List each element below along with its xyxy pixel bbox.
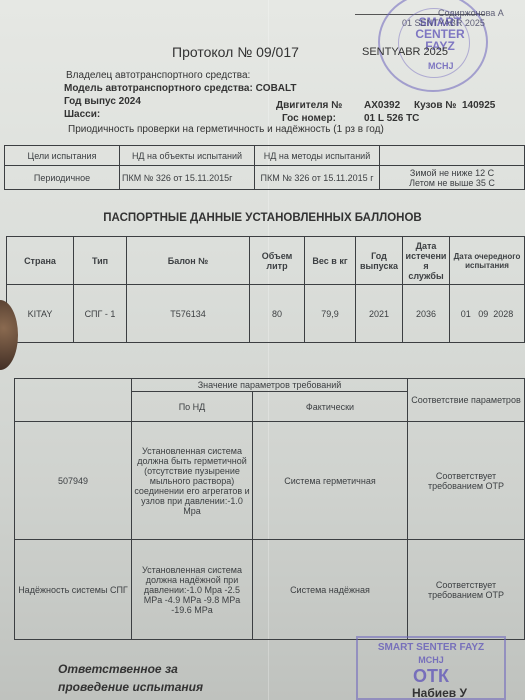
protocol-date: SENTYABR 2025	[362, 46, 448, 58]
row2-nd: Установленная система должна надёжной пр…	[132, 540, 253, 640]
th-weight: Вес в кг	[305, 237, 356, 285]
volume-value: 80	[250, 285, 305, 343]
th-match: Соответствие параметров	[408, 379, 525, 422]
year-value: 2024	[119, 96, 141, 107]
th-country: Страна	[7, 237, 74, 285]
weight-value: 79,9	[305, 285, 356, 343]
stamp-date: 01 SENTYABR 2025	[402, 18, 485, 28]
th-by-nd: По НД	[132, 392, 253, 422]
engine-label: Двигителя №	[276, 100, 342, 111]
row1-nd: Установленная система должна быть гермет…	[132, 422, 253, 540]
stamp-name: Содиржонова А	[438, 8, 504, 18]
responsible-line2: проведение испытания	[58, 678, 203, 696]
model-label: Модель автотранспортного средства:	[64, 83, 253, 94]
summer-temp: Летом не выше 35 С	[382, 178, 522, 188]
th-blank	[15, 379, 132, 422]
row2-label: Надёжность системы СПГ	[15, 540, 132, 640]
row1-match: Соответствует требованием ОТР	[408, 422, 525, 540]
type-value: СПГ - 1	[74, 285, 127, 343]
th-type: Тип	[74, 237, 127, 285]
th-balloon-no: Балон №	[127, 237, 250, 285]
chassis-label: Шасси:	[64, 109, 100, 120]
body-value: 140925	[462, 100, 495, 111]
rect-stamp-line3: ОТК	[358, 666, 504, 686]
engine-value: AX0392	[364, 100, 400, 111]
protocol-title: Протокол № 09/017	[172, 44, 299, 60]
th-group: Значение параметров требований	[132, 379, 408, 392]
expiry-value: 2036	[403, 285, 450, 343]
temperature-conditions: Зимой не ниже 12 С Летом не выше 35 С	[380, 166, 525, 190]
th-next-test: Дата очередного испытания	[450, 237, 525, 285]
passport-table: Страна Тип Балон № Объем литр Вес в кг Г…	[6, 236, 525, 343]
year-label: Год выпус	[64, 96, 116, 107]
winter-temp: Зимой не ниже 12 С	[382, 168, 522, 178]
periodicity: Приодичность проверки на герметичность и…	[68, 124, 384, 135]
nd-methods-value: ПКМ № 326 от 15.11.2015 г	[255, 166, 380, 190]
balloon-no-value: T576134	[127, 285, 250, 343]
responsible-line1: Ответственное за	[58, 660, 203, 678]
stamp-line4: MCHJ	[428, 60, 454, 72]
row1-label: 507949	[15, 422, 132, 540]
rect-stamp-line2: MCHJ	[358, 654, 504, 666]
test-goals-table: Цели испытания НД на объекты испытаний Н…	[4, 145, 525, 190]
owner-label: Владелец автотранспортного средства:	[66, 70, 250, 81]
rect-stamp-line1: SMART SENTER FAYZ	[358, 642, 504, 654]
th-volume: Объем литр	[250, 237, 305, 285]
passport-title: ПАСПОРТНЫЕ ДАННЫЕ УСТАНОВЛЕННЫХ БАЛЛОНОВ	[0, 212, 525, 224]
year-value: 2021	[356, 285, 403, 343]
row1-actual: Система герметичная	[253, 422, 408, 540]
th-actual: Фактически	[253, 392, 408, 422]
nd-objects-value: ПКМ № 326 от 15.11.2015г	[120, 166, 255, 190]
plate-value: 01 L 526 TC	[364, 113, 419, 124]
signer-name: Набиев У	[412, 686, 467, 700]
th-goal: Цели испытания	[5, 146, 120, 166]
row2-match: Соответствует требованием ОТР	[408, 540, 525, 640]
model-value: COBALT	[256, 83, 297, 94]
responsible-label: Ответственное за проведение испытания	[58, 660, 203, 696]
th-nd-objects: НД на объекты испытаний	[120, 146, 255, 166]
plate-label: Гос номер:	[282, 113, 336, 124]
th-expiry: Дата истечени я службы	[403, 237, 450, 285]
goal-value: Периодичное	[5, 166, 120, 190]
next-test-value: 01 09 2028	[450, 285, 525, 343]
th-nd-methods: НД на методы испытаний	[255, 146, 380, 166]
params-table: Значение параметров требований Соответст…	[14, 378, 525, 640]
th-empty	[380, 146, 525, 166]
th-year: Год выпуска	[356, 237, 403, 285]
body-label: Кузов №	[414, 100, 456, 111]
row2-actual: Система надёжная	[253, 540, 408, 640]
